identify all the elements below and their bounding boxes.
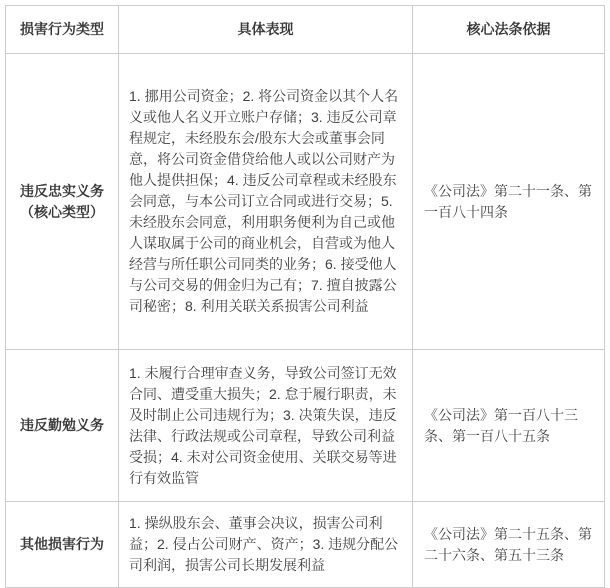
details-cell: 1. 操纵股东会、董事会决议，损害公司利益；2. 侵占公司财产、资产；3. 违规… <box>119 502 413 588</box>
details-cell: 1. 挪用公司资金；2. 将公司资金以其个人名义或他人名义开立账户存储；3. 违… <box>119 54 413 350</box>
header-cell-behavior-type: 损害行为类型 <box>6 6 119 54</box>
table-row-loyalty-duty: 违反忠实义务（核心类型） 1. 挪用公司资金；2. 将公司资金以其个人名义或他人… <box>6 54 605 350</box>
legal-basis-cell: 《公司法》第二十五条、第二十六条、第五十三条 <box>413 502 605 588</box>
table-container: 损害行为类型 具体表现 核心法条依据 违反忠实义务（核心类型） 1. 挪用公司资… <box>0 0 610 588</box>
table-row-other-harm: 其他损害行为 1. 操纵股东会、董事会决议，损害公司利益；2. 侵占公司财产、资… <box>6 502 605 588</box>
legal-basis-cell: 《公司法》第二十一条、第一百八十四条 <box>413 54 605 350</box>
behavior-type-cell: 违反勤勉义务 <box>6 350 119 502</box>
header-cell-legal-basis: 核心法条依据 <box>413 6 605 54</box>
table-row-diligence-duty: 违反勤勉义务 1. 未履行合理审查义务，导致公司签订无效合同、遭受重大损失；2.… <box>6 350 605 502</box>
details-cell: 1. 未履行合理审查义务，导致公司签订无效合同、遭受重大损失；2. 怠于履行职责… <box>119 350 413 502</box>
behavior-type-cell: 其他损害行为 <box>6 502 119 588</box>
header-cell-details: 具体表现 <box>119 6 413 54</box>
header-row: 损害行为类型 具体表现 核心法条依据 <box>6 6 605 54</box>
behavior-type-cell: 违反忠实义务（核心类型） <box>6 54 119 350</box>
legal-basis-cell: 《公司法》第一百八十三条、第一百八十五条 <box>413 350 605 502</box>
harmful-behavior-table: 损害行为类型 具体表现 核心法条依据 违反忠实义务（核心类型） 1. 挪用公司资… <box>5 5 605 588</box>
